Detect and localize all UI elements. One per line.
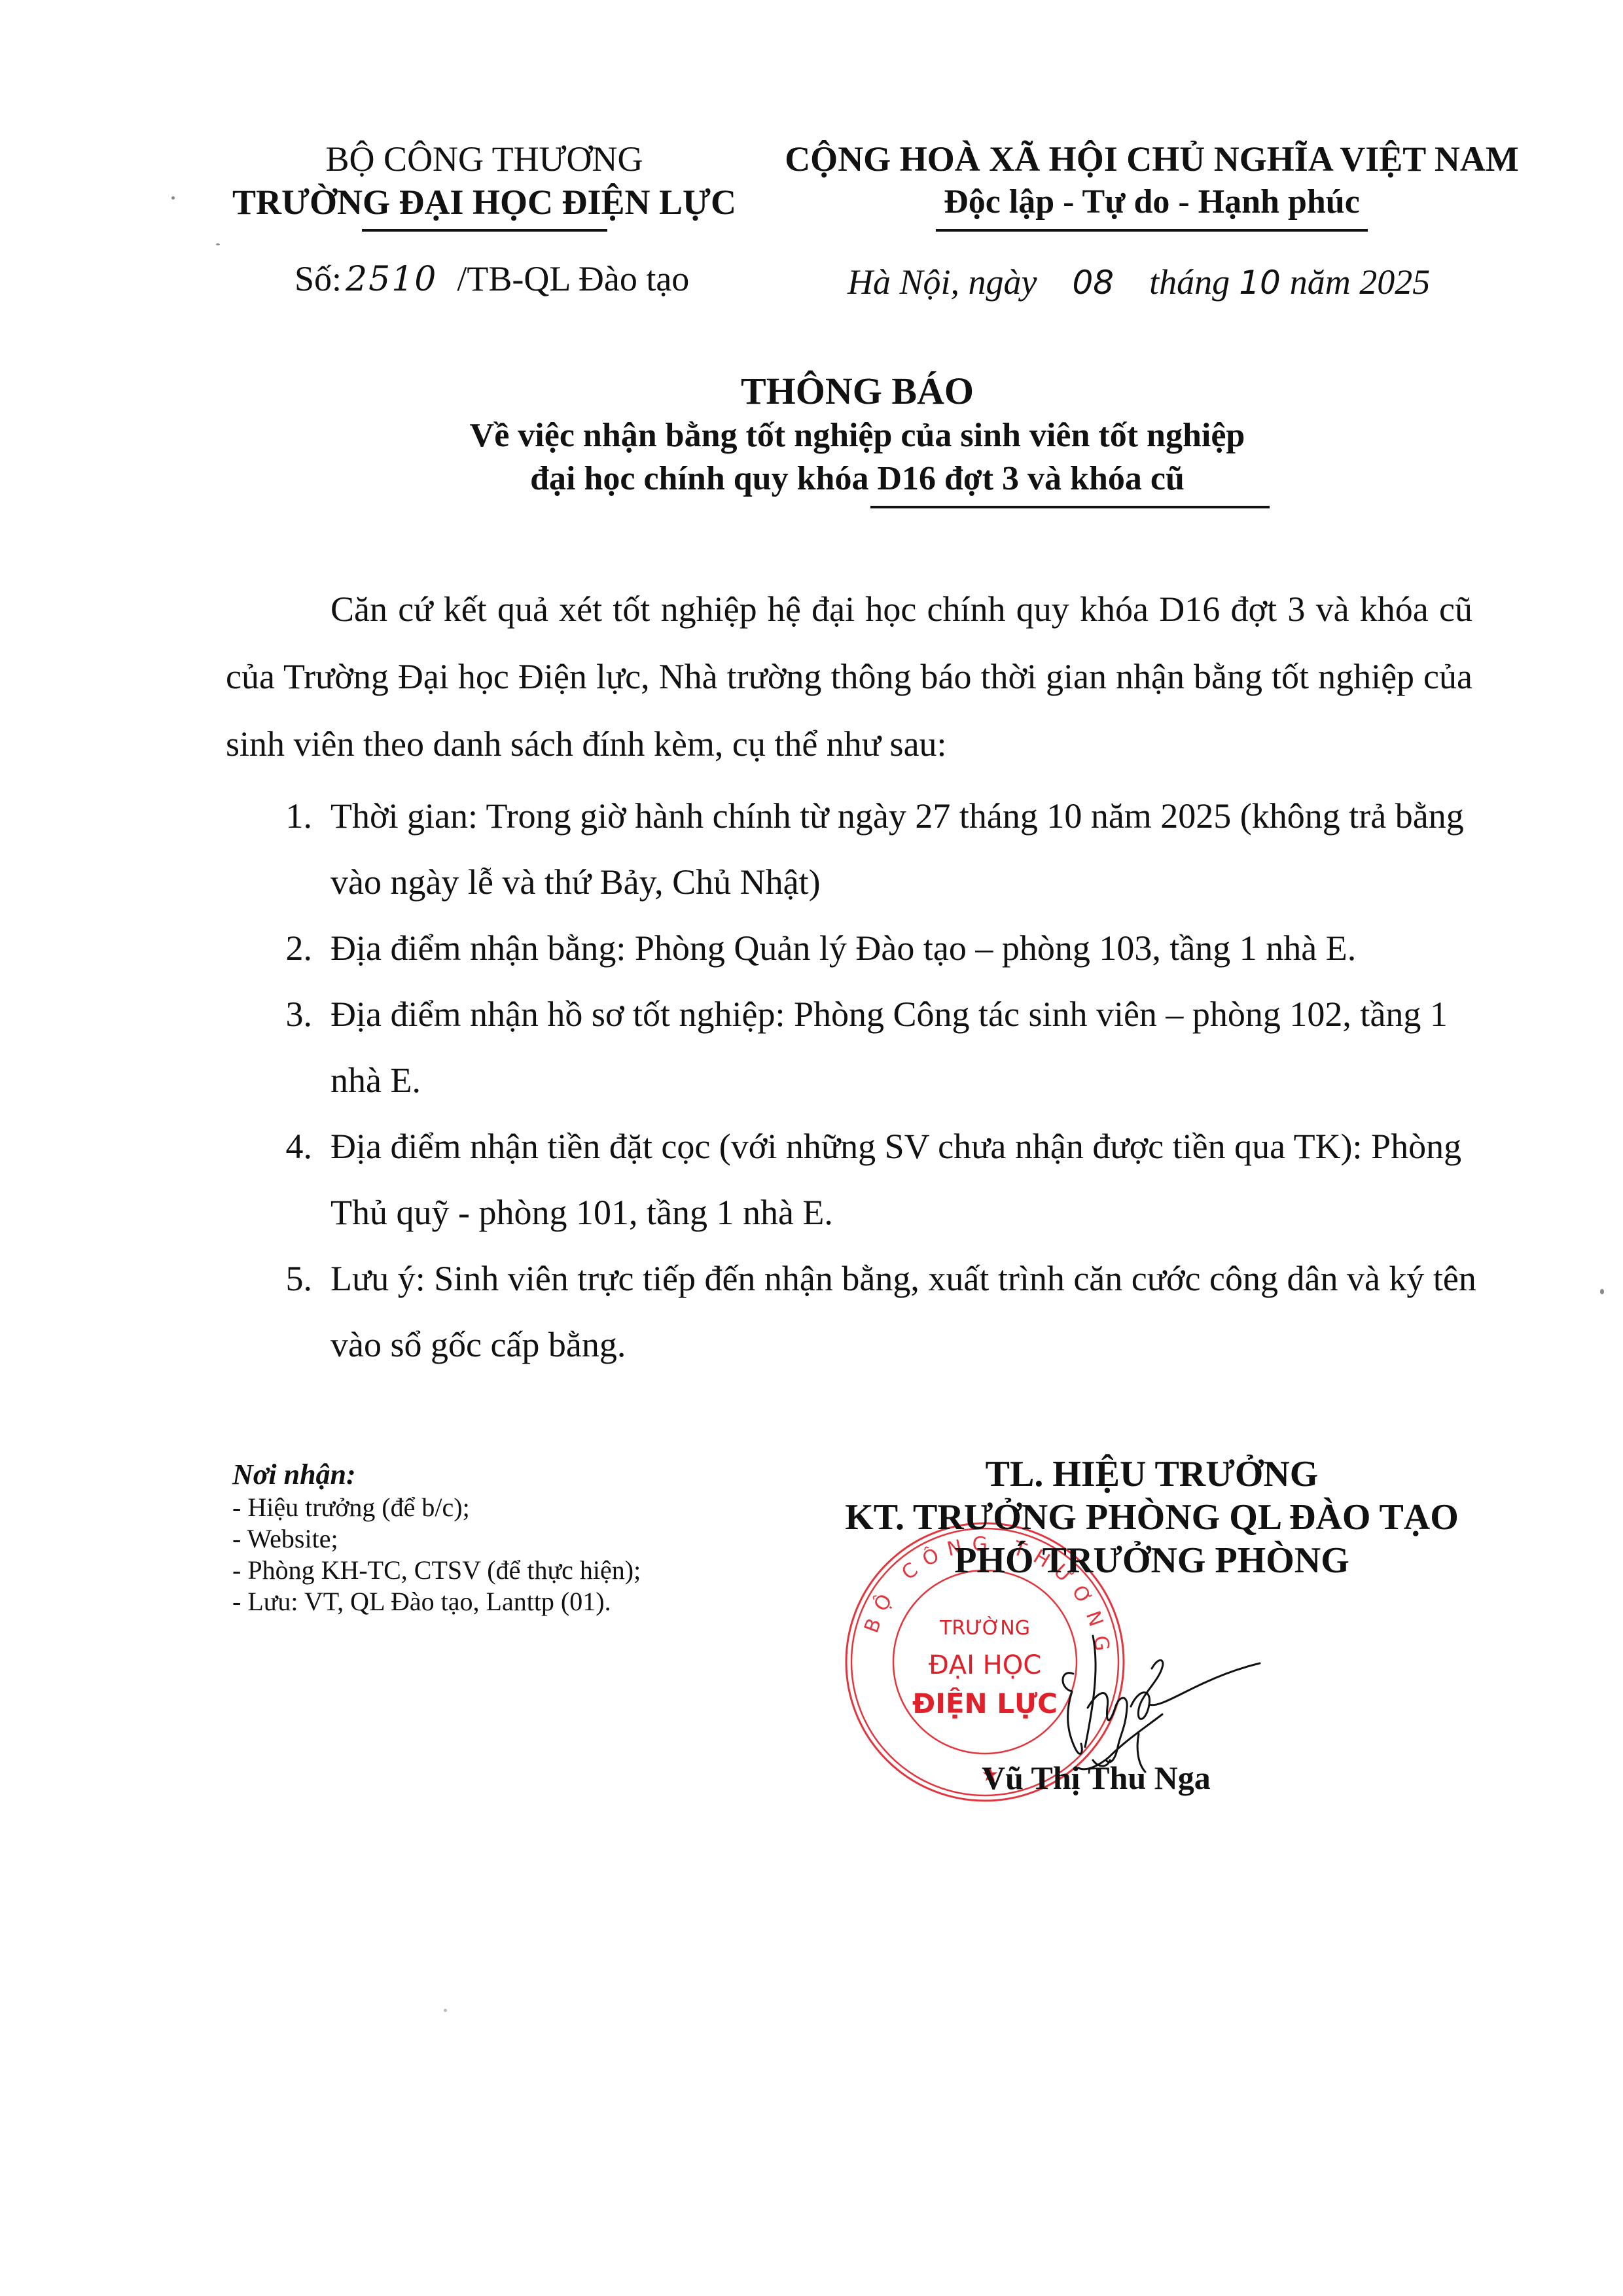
scan-speck (171, 196, 175, 200)
recipients-block: Nơi nhận: - Hiệu trưởng (để b/c); - Webs… (232, 1458, 641, 1617)
date-day: 08 (1073, 264, 1115, 302)
date-month: 10 (1239, 264, 1281, 302)
seal-line2: ĐẠI HỌC (929, 1650, 1041, 1680)
list-item-number: 2. (226, 915, 330, 981)
recipient-item: - Website; (232, 1523, 641, 1555)
institution-underline (362, 229, 607, 232)
list-item-text: Địa điểm nhận bằng: Phòng Quản lý Đào tạ… (330, 915, 1482, 981)
doc-number-suffix: /TB-QL Đào tạo (457, 259, 689, 298)
notice-subject-line2: đại học chính quy khóa D16 đợt 3 và khóa… (216, 457, 1499, 501)
title-underline (870, 506, 1270, 508)
date-month-label: tháng (1149, 262, 1230, 302)
scan-speck (216, 243, 220, 245)
motto-underline (936, 229, 1368, 232)
notice-heading: THÔNG BÁO (216, 368, 1499, 414)
ministry-name: BỘ CÔNG THƯƠNG (216, 137, 753, 181)
recipient-item: - Phòng KH-TC, CTSV (để thực hiện); (232, 1555, 641, 1586)
list-item-text: Thời gian: Trong giờ hành chính từ ngày … (330, 783, 1482, 915)
date-place: Hà Nội, ngày (847, 262, 1037, 302)
list-item: 3. Địa điểm nhận hồ sơ tốt nghiệp: Phòng… (226, 981, 1482, 1114)
list-item-number: 4. (226, 1114, 330, 1246)
scan-speck (1600, 1289, 1604, 1294)
notice-subject-line1: Về việc nhận bằng tốt nghiệp của sinh vi… (216, 414, 1499, 457)
seal-line3: ĐIỆN LỰC (912, 1687, 1058, 1720)
signature-line1: TL. HIỆU TRƯỞNG (792, 1453, 1512, 1496)
date-year: năm 2025 (1290, 262, 1431, 302)
list-item-text: Địa điểm nhận tiền đặt cọc (với những SV… (330, 1114, 1482, 1246)
national-motto: Độc lập - Tự do - Hạnh phúc (759, 181, 1544, 224)
doc-number-handwritten: 2510 (346, 260, 437, 299)
document-number: Số:2510/TB-QL Đào tạo (294, 258, 689, 299)
scan-speck (444, 2009, 447, 2012)
list-item-number: 1. (226, 783, 330, 915)
notice-items: 1. Thời gian: Trong giờ hành chính từ ng… (226, 783, 1482, 1378)
notice-title: THÔNG BÁO Về việc nhận bằng tốt nghiệp c… (216, 368, 1499, 508)
signature-line2: KT. TRƯỞNG PHÒNG QL ĐÀO TẠO (792, 1496, 1512, 1539)
intro-paragraph: Căn cứ kết quả xét tốt nghiệp hệ đại học… (226, 576, 1472, 778)
signature-line3: PHÓ TRƯỞNG PHÒNG (792, 1539, 1512, 1582)
recipient-item: - Lưu: VT, QL Đào tạo, Lanttp (01). (232, 1586, 641, 1617)
signature-block: TL. HIỆU TRƯỞNG KT. TRƯỞNG PHÒNG QL ĐÀO … (792, 1453, 1512, 1582)
list-item-number: 3. (226, 981, 330, 1114)
nation-name: CỘNG HOÀ XÃ HỘI CHỦ NGHĨA VIỆT NAM (759, 137, 1544, 181)
list-item: 5. Lưu ý: Sinh viên trực tiếp đến nhận b… (226, 1246, 1482, 1378)
document-date: Hà Nội, ngày08tháng10năm 2025 (847, 262, 1430, 302)
list-item-number: 5. (226, 1246, 330, 1378)
header-nation: CỘNG HOÀ XÃ HỘI CHỦ NGHĨA VIỆT NAM Độc l… (759, 137, 1544, 232)
recipient-item: - Hiệu trưởng (để b/c); (232, 1492, 641, 1523)
header-organization: BỘ CÔNG THƯƠNG TRƯỜNG ĐẠI HỌC ĐIỆN LỰC (216, 137, 753, 232)
recipients-heading: Nơi nhận: (232, 1458, 641, 1492)
list-item: 4. Địa điểm nhận tiền đặt cọc (với những… (226, 1114, 1482, 1246)
signer-name: Vũ Thị Thu Nga (982, 1759, 1211, 1797)
list-item: 2. Địa điểm nhận bằng: Phòng Quản lý Đào… (226, 915, 1482, 981)
notice-body: Căn cứ kết quả xét tốt nghiệp hệ đại học… (226, 576, 1472, 778)
list-item: 1. Thời gian: Trong giờ hành chính từ ng… (226, 783, 1482, 915)
list-item-text: Lưu ý: Sinh viên trực tiếp đến nhận bằng… (330, 1246, 1482, 1378)
seal-line1: TRƯỜNG (939, 1616, 1030, 1640)
list-item-text: Địa điểm nhận hồ sơ tốt nghiệp: Phòng Cô… (330, 981, 1482, 1114)
doc-number-prefix: Số: (294, 259, 342, 298)
institution-name: TRƯỜNG ĐẠI HỌC ĐIỆN LỰC (216, 181, 753, 224)
